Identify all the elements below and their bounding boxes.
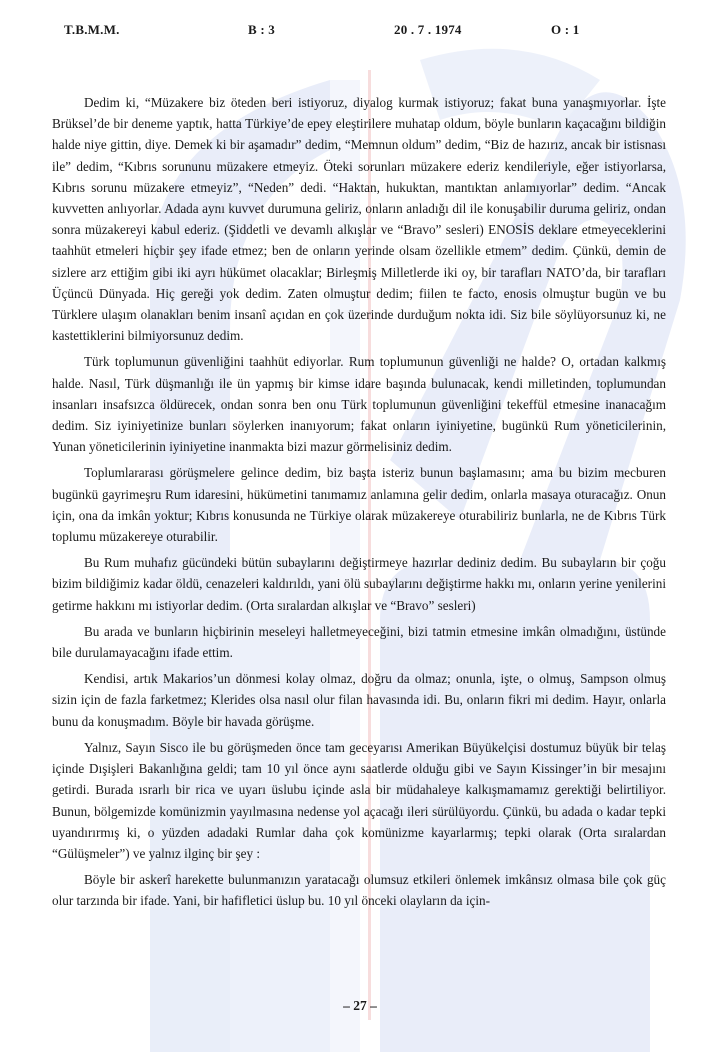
page-number: – 27 – (0, 998, 720, 1014)
document-body: Dedim ki, “Müzakere biz öteden beri isti… (52, 92, 666, 917)
paragraph: Türk toplumunun güvenliğini taahhüt ediy… (52, 351, 666, 457)
paragraph: Toplumlararası görüşmelere gelince dedim… (52, 462, 666, 547)
header-organization: T.B.M.M. (64, 22, 120, 38)
page-header: T.B.M.M. B : 3 20 . 7 . 1974 O : 1 (0, 22, 720, 42)
paragraph: Böyle bir askerî harekette bulunmanızın … (52, 869, 666, 911)
paragraph: Yalnız, Sayın Sisco ile bu görüşmeden ön… (52, 737, 666, 864)
paragraph: Bu arada ve bunların hiçbirinin meseleyi… (52, 621, 666, 663)
paragraph: Bu Rum muhafız gücündeki bütün subayları… (52, 552, 666, 616)
paragraph: Dedim ki, “Müzakere biz öteden beri isti… (52, 92, 666, 346)
paragraph: Kendisi, artık Makarios’un dönmesi kolay… (52, 668, 666, 732)
header-date: 20 . 7 . 1974 (394, 22, 462, 38)
header-session: O : 1 (551, 22, 579, 38)
header-volume: B : 3 (248, 22, 275, 38)
